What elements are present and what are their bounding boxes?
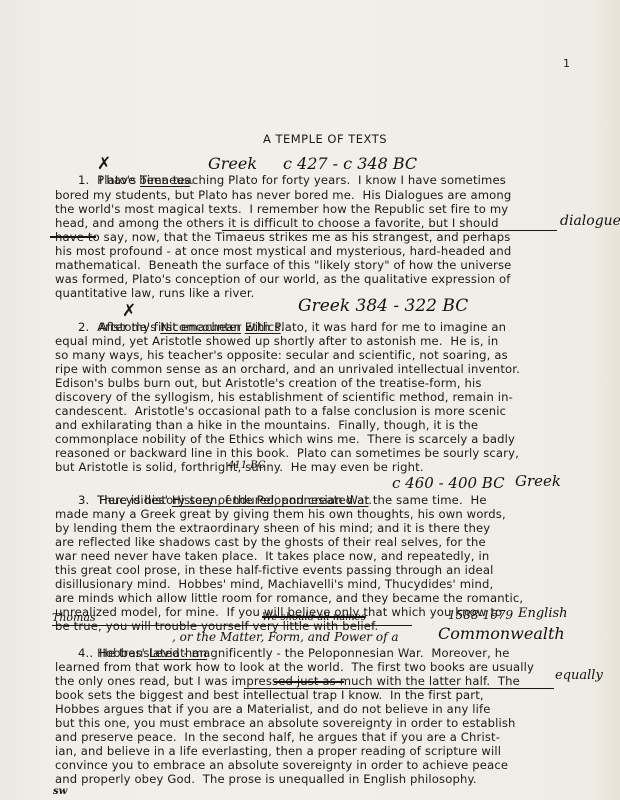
strikethrough-mark (50, 236, 96, 238)
handwritten-underline (52, 625, 412, 626)
handwritten-annotation: Thomas (52, 611, 96, 624)
body-line: are reflected like shadows cast by the g… (55, 535, 486, 549)
struck-annotation: We should all names (262, 612, 366, 623)
x-mark-icon: ✗ (122, 301, 136, 321)
body-line: made many a Greek great by giving them h… (55, 507, 506, 521)
x-mark-icon: ✗ (97, 154, 111, 174)
body-line: by lending them the extraordinary sheen … (55, 521, 490, 535)
body-line: ripe with common sense as an orchard, an… (55, 362, 520, 376)
handwritten-annotation: Greek (208, 154, 257, 173)
handwritten-annotation: Greek (515, 472, 561, 490)
body-line: convince you to embrace an absolute sove… (55, 758, 508, 772)
body-line: equal mind, yet Aristotle showed up shor… (55, 334, 498, 348)
body-line: are minds which allow little room for ro… (55, 591, 523, 605)
body-line: learned from that work how to look at th… (55, 660, 534, 674)
body-line: Hobbes argues that if you are a Material… (55, 702, 491, 716)
handwritten-subtitle: , or the Matter, Form, and Power of a (172, 630, 399, 644)
body-line: and preserve peace. In the second half, … (55, 730, 500, 744)
body-line: disillusionary mind. Hobbes' mind, Machi… (55, 577, 493, 591)
body-line: the world's most magical texts. I rememb… (55, 202, 508, 216)
body-line: I have been teaching Plato for forty yea… (55, 173, 506, 187)
handwritten-annotation: Commonwealth (438, 624, 565, 643)
strikethrough-mark (274, 681, 344, 683)
page-number: 1 (563, 57, 570, 70)
body-line: head, and among the others it is difficu… (55, 216, 499, 230)
body-line: was formed, Plato's conception of our wo… (55, 272, 511, 286)
handwritten-dates: c 427 - c 348 BC (283, 154, 417, 173)
body-line: Here is history seen, endured, and creat… (55, 493, 487, 507)
body-line: war need never have taken place. It take… (55, 549, 489, 563)
body-line: so many ways, his teacher's opposite: se… (55, 348, 508, 362)
handwritten-dates: 1588-1679 (448, 608, 513, 622)
page-title: A TEMPLE OF TEXTS (0, 132, 620, 146)
body-line: After my first encounter with Plato, it … (55, 320, 506, 334)
footer-initials: sw (53, 786, 67, 797)
margin-note: equally (555, 668, 603, 683)
body-line: reasoned or backward line in this book. … (55, 446, 519, 460)
body-line: candescent. Aristotle's occasional path … (55, 404, 506, 418)
body-line: ian, and believe in a life everlasting, … (55, 744, 501, 758)
margin-note: dialogues (560, 213, 620, 229)
body-line: He translated - magnificently - the Pelo… (55, 646, 510, 660)
body-line: Edison's bulbs burn out, but Aristotle's… (55, 376, 482, 390)
handwritten-dates: c 460 - 400 BC (392, 474, 505, 492)
body-line: mathematical. Beneath the surface of thi… (55, 258, 511, 272)
body-line: and exhilarating than a hike in the moun… (55, 418, 478, 432)
body-line: his most profound - at once most mystica… (55, 244, 511, 258)
body-line: quantitative law, runs like a river. (55, 286, 255, 300)
body-line: have to say, now, that the Timaeus strik… (55, 230, 511, 244)
body-line: and properly obey God. The prose is uneq… (55, 772, 477, 786)
document-page: 1 A TEMPLE OF TEXTS 1. Plato's Timaeus. … (0, 0, 620, 800)
handwritten-annotation: Greek 384 - 322 BC (298, 296, 468, 316)
body-line: commonplace nobility of the Ethics which… (55, 432, 515, 446)
body-line: discovery of the syllogism, his establis… (55, 390, 513, 404)
body-line: bored my students, but Plato has never b… (55, 188, 511, 202)
body-line: but this one, you must embrace an absolu… (55, 716, 516, 730)
body-line: book sets the biggest and best intellect… (55, 688, 484, 702)
handwritten-annotation: English (518, 606, 568, 621)
handwritten-annotation: 411 BC (228, 460, 265, 471)
body-line: this great cool prose, in these half-fic… (55, 563, 493, 577)
